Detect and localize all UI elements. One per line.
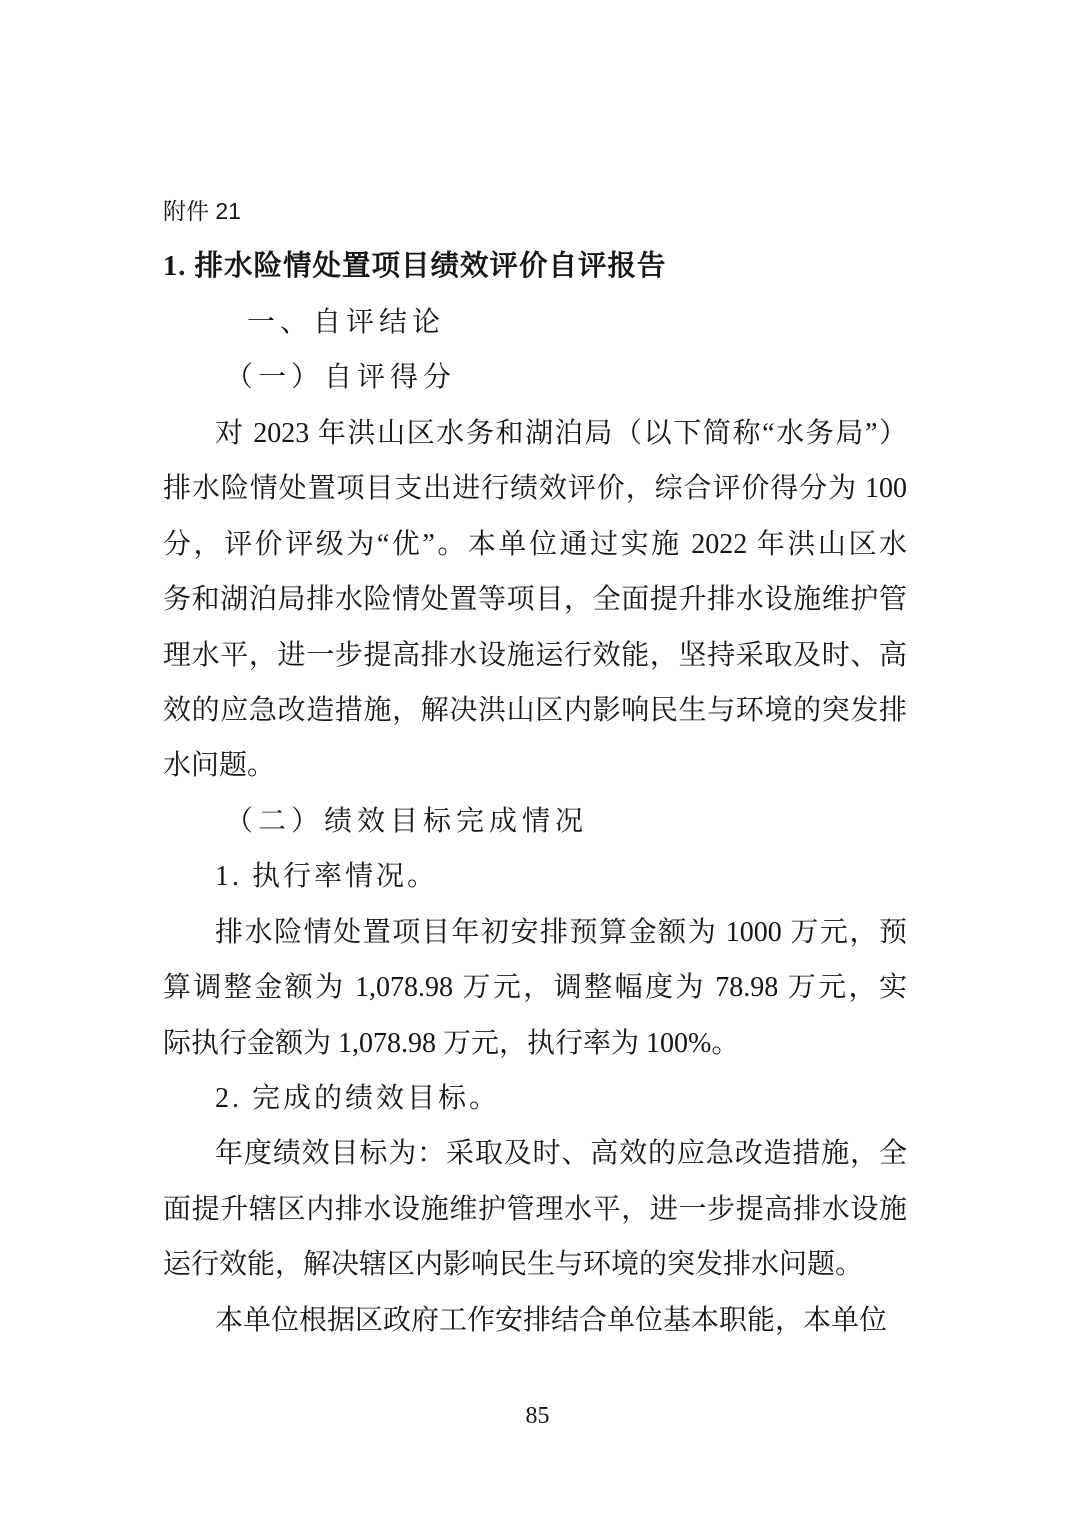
heading-conclusion: 一、自评结论: [163, 295, 907, 350]
paragraph-score-line: 务和湖泊局排水险情处置等项目，全面提升排水设施维护管: [163, 572, 907, 627]
paragraph-target-line: 运行效能，解决辖区内影响民生与环境的突发排水问题。: [163, 1237, 907, 1292]
heading-score: （一）自评得分: [163, 350, 907, 405]
paragraph-score-line: 效的应急改造措施，解决洪山区内影响民生与环境的突发排: [163, 683, 907, 738]
document-title: 1. 排水险情处置项目绩效评价自评报告: [163, 239, 907, 294]
paragraph-target-line: 年度绩效目标为：采取及时、高效的应急改造措施，全: [163, 1126, 907, 1181]
heading-completed-targets: 2. 完成的绩效目标。: [163, 1071, 907, 1126]
paragraph-score-line: 排水险情处置项目支出进行绩效评价，综合评价得分为 100: [163, 461, 907, 516]
attachment-label: 附件 21: [163, 184, 907, 239]
paragraph-duty-line: 本单位根据区政府工作安排结合单位基本职能，本单位: [163, 1293, 907, 1348]
paragraph-execution-line: 际执行金额为 1,078.98 万元，执行率为 100%。: [163, 1016, 907, 1071]
paragraph-score-line: 理水平，进一步提高排水设施运行效能，坚持采取及时、高: [163, 628, 907, 683]
paragraph-execution-line: 排水险情处置项目年初安排预算金额为 1000 万元，预: [163, 905, 907, 960]
paragraph-target-line: 面提升辖区内排水设施维护管理水平，进一步提高排水设施: [163, 1182, 907, 1237]
document-text-block: 附件 21 1. 排水险情处置项目绩效评价自评报告 一、自评结论 （一）自评得分…: [163, 184, 907, 1348]
heading-target-completion: （二）绩效目标完成情况: [163, 794, 907, 849]
page-number: 85: [0, 1402, 1075, 1431]
paragraph-execution-line: 算调整金额为 1,078.98 万元，调整幅度为 78.98 万元，实: [163, 960, 907, 1015]
paragraph-score-line: 水问题。: [163, 738, 907, 793]
paragraph-score-line: 对 2023 年洪山区水务和湖泊局（以下简称“水务局”）: [163, 406, 907, 461]
paragraph-score-line: 分，评价评级为“优”。本单位通过实施 2022 年洪山区水: [163, 517, 907, 572]
heading-execution-rate: 1. 执行率情况。: [163, 849, 907, 904]
document-page: 附件 21 1. 排水险情处置项目绩效评价自评报告 一、自评结论 （一）自评得分…: [0, 0, 1075, 1520]
